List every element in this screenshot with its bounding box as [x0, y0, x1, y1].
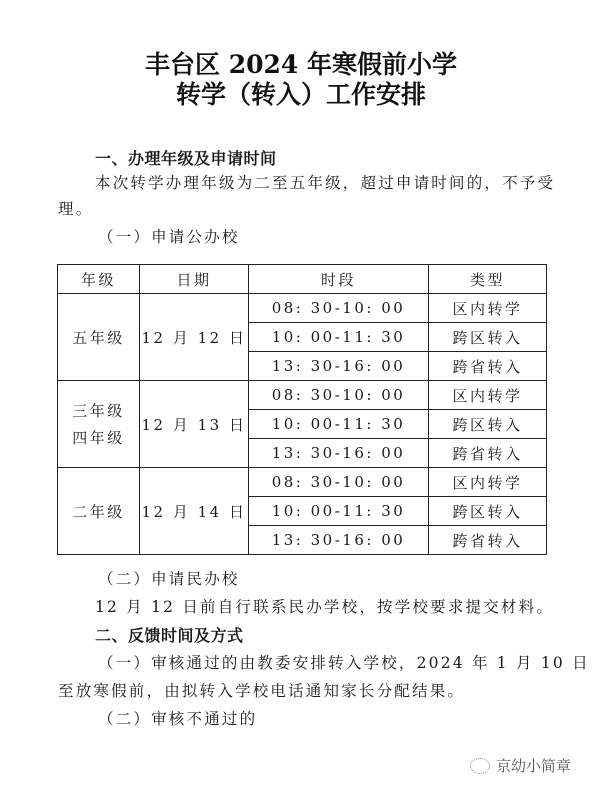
section1-paragraph-line2: 理。 — [58, 197, 93, 219]
time-cell: 10: 00-11: 30 — [249, 323, 429, 352]
time-cell: 08: 30-10: 00 — [249, 294, 429, 323]
grade-cell: 三年级 四年级 — [58, 381, 140, 468]
time-cell: 10: 00-11: 30 — [249, 410, 429, 439]
private-school-text: 12 月 12 日前自行联系民办学校，按学校要求提交材料。 — [95, 595, 554, 617]
date-cell: 12 月 14 日 — [140, 468, 249, 555]
header-type: 类型 — [429, 265, 547, 294]
grade-cell: 二年级 — [58, 468, 140, 555]
time-cell: 08: 30-10: 00 — [249, 381, 429, 410]
table-row: 二年级 12 月 14 日 08: 30-10: 00 区内转学 — [58, 468, 547, 497]
document-title-line2: 转学（转入）工作安排 — [0, 75, 602, 111]
time-cell: 13: 30-16: 00 — [249, 352, 429, 381]
time-cell: 10: 00-11: 30 — [249, 497, 429, 526]
type-cell: 区内转学 — [429, 468, 547, 497]
type-cell: 跨省转入 — [429, 439, 547, 468]
table-row: 五年级 12 月 12 日 08: 30-10: 00 区内转学 — [58, 294, 547, 323]
section2-item1-line1: （一）审核通过的由教委安排转入学校，2024 年 1 月 10 日 — [98, 651, 590, 673]
section1-paragraph-line1: 本次转学办理年级为二至五年级，超过申请时间的，不予受 — [95, 171, 555, 193]
header-grade: 年级 — [58, 265, 140, 294]
grade-label: 三年级 — [58, 400, 139, 421]
section2-item1-line2: 至放寒假前，由拟转入学校电话通知家长分配结果。 — [58, 679, 465, 701]
header-date: 日期 — [140, 265, 249, 294]
header-time: 时段 — [249, 265, 429, 294]
schedule-table: 年级 日期 时段 类型 五年级 12 月 12 日 08: 30-10: 00 … — [57, 264, 547, 555]
section2-heading: 二、反馈时间及方式 — [95, 623, 244, 646]
type-cell: 跨区转入 — [429, 497, 547, 526]
time-cell: 08: 30-10: 00 — [249, 468, 429, 497]
type-cell: 区内转学 — [429, 294, 547, 323]
grade-cell: 五年级 — [58, 294, 140, 381]
section2-item2: （二）审核不通过的 — [98, 707, 257, 729]
grade-label: 四年级 — [58, 427, 139, 448]
type-cell: 区内转学 — [429, 381, 547, 410]
watermark-label: 京幼小简章 — [496, 755, 571, 776]
table-row: 三年级 四年级 12 月 13 日 08: 30-10: 00 区内转学 — [58, 381, 547, 410]
wechat-icon — [470, 758, 490, 774]
watermark: 京幼小简章 — [470, 755, 571, 776]
sub-heading-public-school: （一）申请公办校 — [98, 225, 240, 247]
type-cell: 跨省转入 — [429, 352, 547, 381]
time-cell: 13: 30-16: 00 — [249, 439, 429, 468]
time-cell: 13: 30-16: 00 — [249, 526, 429, 555]
section1-heading: 一、办理年级及申请时间 — [95, 146, 277, 169]
table-header-row: 年级 日期 时段 类型 — [58, 265, 547, 294]
type-cell: 跨区转入 — [429, 323, 547, 352]
type-cell: 跨省转入 — [429, 526, 547, 555]
type-cell: 跨区转入 — [429, 410, 547, 439]
date-cell: 12 月 13 日 — [140, 381, 249, 468]
sub-heading-private-school: （二）申请民办校 — [98, 567, 240, 589]
date-cell: 12 月 12 日 — [140, 294, 249, 381]
